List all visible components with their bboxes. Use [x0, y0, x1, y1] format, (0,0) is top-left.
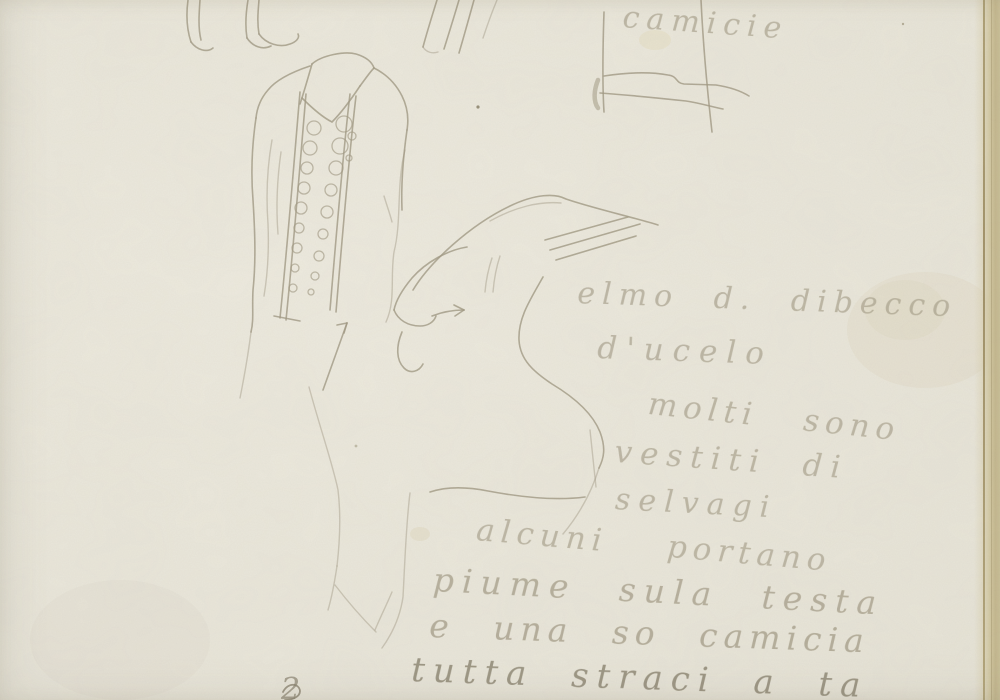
- sketchbook-page: camicie elmo d. dibecco d'ucelo molti so…: [0, 0, 1000, 700]
- handwriting-ducelo: d'ucelo: [597, 330, 774, 372]
- cropped-legs-left-sketch: [187, 0, 299, 50]
- waistcoat-sketch: [251, 53, 408, 390]
- waistcoat-buttons: [289, 116, 356, 295]
- page-edge: [974, 0, 1000, 700]
- cropped-legs-center-sketch: [423, 0, 497, 53]
- handwriting-mark: 2: [281, 672, 300, 700]
